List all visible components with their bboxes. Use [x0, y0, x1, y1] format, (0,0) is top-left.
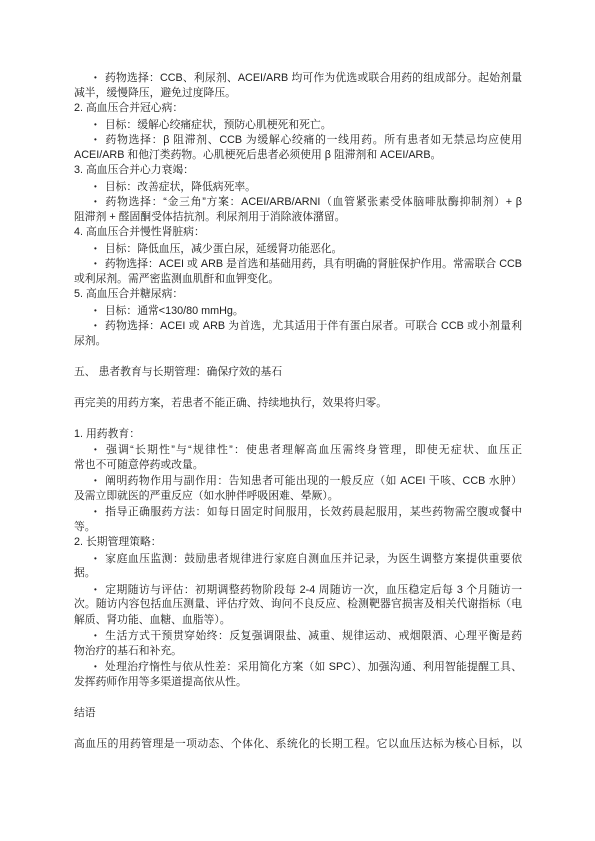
line-text: 指导正确服药方法：如每日固定时间服用，长效药晨起服用，某些药物需空腹或餐中: [105, 506, 522, 518]
text-line: 物治疗的基石和补充。: [74, 644, 522, 660]
text-line: 再完美的用药方案，若患者不能正确、持续地执行，效果将归零。: [74, 396, 522, 412]
bullet-icon: •: [94, 135, 97, 144]
blank-line: [74, 690, 522, 706]
text-line: •目标：通常<130/80 mmHg。: [74, 303, 522, 319]
bullet-icon: •: [94, 182, 97, 191]
text-line: 4. 高血压合并慢性肾脏病：: [74, 225, 522, 241]
text-line: •药物选择：CCB、利尿剂、ACEI/ARB 均可作为优选或联合用药的组成部分。…: [74, 70, 522, 86]
text-line: 解质、肾功能、血糖、血脂等）。: [74, 613, 522, 629]
text-line: •目标：缓解心绞痛症状，预防心肌梗死和死亡。: [74, 117, 522, 133]
text-line: •药物选择：ACEI 或 ARB 是首选和基础用药，具有明确的肾脏保护作用。常需…: [74, 256, 522, 272]
blank-line: [74, 411, 522, 427]
text-line: ACEI/ARB 和他汀类药物。心肌梗死后患者必须使用 β 阻滞剂和 ACEI/…: [74, 148, 522, 164]
document-body: •药物选择：CCB、利尿剂、ACEI/ARB 均可作为优选或联合用药的组成部分。…: [74, 70, 522, 752]
text-line: •药物选择：ACEI 或 ARB 为首选，尤其适用于伴有蛋白尿者。可联合 CCB…: [74, 318, 522, 334]
line-text: 目标：降低血压，减少蛋白尿，延缓肾功能恶化。: [105, 243, 343, 255]
document-page: •药物选择：CCB、利尿剂、ACEI/ARB 均可作为优选或联合用药的组成部分。…: [0, 0, 595, 841]
line-text: 药物选择：CCB、利尿剂、ACEI/ARB 均可作为优选或联合用药的组成部分。起…: [105, 72, 522, 84]
text-line: •阐明药物作用与副作用：告知患者可能出现的一般反应（如 ACEI 干咳、CCB …: [74, 473, 522, 489]
blank-line: [74, 721, 522, 737]
text-line: •药物选择：β 阻滞剂、CCB 为缓解心绞痛的一线用药。所有患者如无禁忌均应使用: [74, 132, 522, 148]
line-text: 药物选择：“金三角”方案：ACEI/ARB/ARNI（血管紧张素受体脑啡肽酶抑制…: [105, 196, 522, 208]
text-line: •目标：改善症状，降低病死率。: [74, 179, 522, 195]
bullet-icon: •: [94, 631, 97, 640]
line-text: 阐明药物作用与副作用：告知患者可能出现的一般反应（如 ACEI 干咳、CCB 水…: [105, 475, 522, 487]
line-text: 药物选择：β 阻滞剂、CCB 为缓解心绞痛的一线用药。所有患者如无禁忌均应使用: [105, 134, 522, 146]
text-line: 据。: [74, 566, 522, 582]
text-line: 五、 患者教育与长期管理：确保疗效的基石: [74, 365, 522, 381]
line-text: 处理治疗惰性与依从性差：采用简化方案（如 SPC）、加强沟通、利用智能提醒工具、: [105, 661, 522, 673]
text-line: •家庭血压监测：鼓励患者规律进行家庭自测血压并记录，为医生调整方案提供重要依: [74, 551, 522, 567]
text-line: 减半，缓慢降压，避免过度降压。: [74, 86, 522, 102]
bullet-icon: •: [94, 554, 97, 563]
bullet-icon: •: [94, 476, 97, 485]
bullet-icon: •: [94, 321, 97, 330]
text-line: •处理治疗惰性与依从性差：采用简化方案（如 SPC）、加强沟通、利用智能提醒工具…: [74, 659, 522, 675]
bullet-icon: •: [94, 585, 97, 594]
text-line: •指导正确服药方法：如每日固定时间服用，长效药晨起服用，某些药物需空腹或餐中: [74, 504, 522, 520]
text-line: 尿剂。: [74, 334, 522, 350]
text-line: •药物选择：“金三角”方案：ACEI/ARB/ARNI（血管紧张素受体脑啡肽酶抑…: [74, 194, 522, 210]
bullet-icon: •: [94, 197, 97, 206]
line-text: 强调“长期性”与“规律性”：使患者理解高血压需终身管理，即使无症状、血压正: [105, 444, 522, 456]
text-line: 3. 高血压合并心力衰竭：: [74, 163, 522, 179]
bullet-icon: •: [94, 445, 97, 454]
bullet-icon: •: [94, 73, 97, 82]
bullet-icon: •: [94, 244, 97, 253]
bullet-icon: •: [94, 259, 97, 268]
line-text: 家庭血压监测：鼓励患者规律进行家庭自测血压并记录，为医生调整方案提供重要依: [105, 553, 522, 565]
bullet-icon: •: [94, 662, 97, 671]
line-text: 目标：改善症状，降低病死率。: [105, 181, 256, 193]
text-line: 阻滞剂 + 醛固酮受体拮抗剂。利尿剂用于消除液体潴留。: [74, 210, 522, 226]
blank-line: [74, 380, 522, 396]
line-text: 药物选择：ACEI 或 ARB 是首选和基础用药，具有明确的肾脏保护作用。常需联…: [105, 258, 522, 270]
text-line: •生活方式干预贯穿始终：反复强调限盐、减重、规律运动、戒烟限酒、心理平衡是药: [74, 628, 522, 644]
bullet-icon: •: [94, 120, 97, 129]
line-text: 目标：通常<130/80 mmHg。: [105, 305, 244, 317]
text-line: 等。: [74, 520, 522, 536]
text-line: 高血压的用药管理是一项动态、个体化、系统化的长期工程。它以血压达标为核心目标，以: [74, 737, 522, 753]
text-line: 次。随访内容包括血压测量、评估疗效、询问不良反应、检测靶器官损害及相关代谢指标（…: [74, 597, 522, 613]
text-line: 或利尿剂。需严密监测血肌酐和血钾变化。: [74, 272, 522, 288]
text-line: 2. 长期管理策略：: [74, 535, 522, 551]
text-line: 常也不可随意停药或改量。: [74, 458, 522, 474]
text-line: 及需立即就医的严重反应（如水肿伴呼吸困难、晕厥）。: [74, 489, 522, 505]
line-text: 药物选择：ACEI 或 ARB 为首选，尤其适用于伴有蛋白尿者。可联合 CCB …: [105, 320, 522, 332]
text-line: 2. 高血压合并冠心病：: [74, 101, 522, 117]
text-line: 5. 高血压合并糖尿病：: [74, 287, 522, 303]
bullet-icon: •: [94, 306, 97, 315]
line-text: 目标：缓解心绞痛症状，预防心肌梗死和死亡。: [105, 119, 332, 131]
text-line: 发挥药师作用等多渠道提高依从性。: [74, 675, 522, 691]
bullet-icon: •: [94, 507, 97, 516]
text-line: 1. 用药教育：: [74, 427, 522, 443]
line-text: 生活方式干预贯穿始终：反复强调限盐、减重、规律运动、戒烟限酒、心理平衡是药: [105, 630, 522, 642]
text-line: 结语: [74, 706, 522, 722]
text-line: •定期随访与评估：初期调整药物阶段每 2-4 周随访一次，血压稳定后每 3 个月…: [74, 582, 522, 598]
text-line: •目标：降低血压，减少蛋白尿，延缓肾功能恶化。: [74, 241, 522, 257]
blank-line: [74, 349, 522, 365]
text-line: •强调“长期性”与“规律性”：使患者理解高血压需终身管理，即使无症状、血压正: [74, 442, 522, 458]
line-text: 定期随访与评估：初期调整药物阶段每 2-4 周随访一次，血压稳定后每 3 个月随…: [105, 584, 522, 596]
